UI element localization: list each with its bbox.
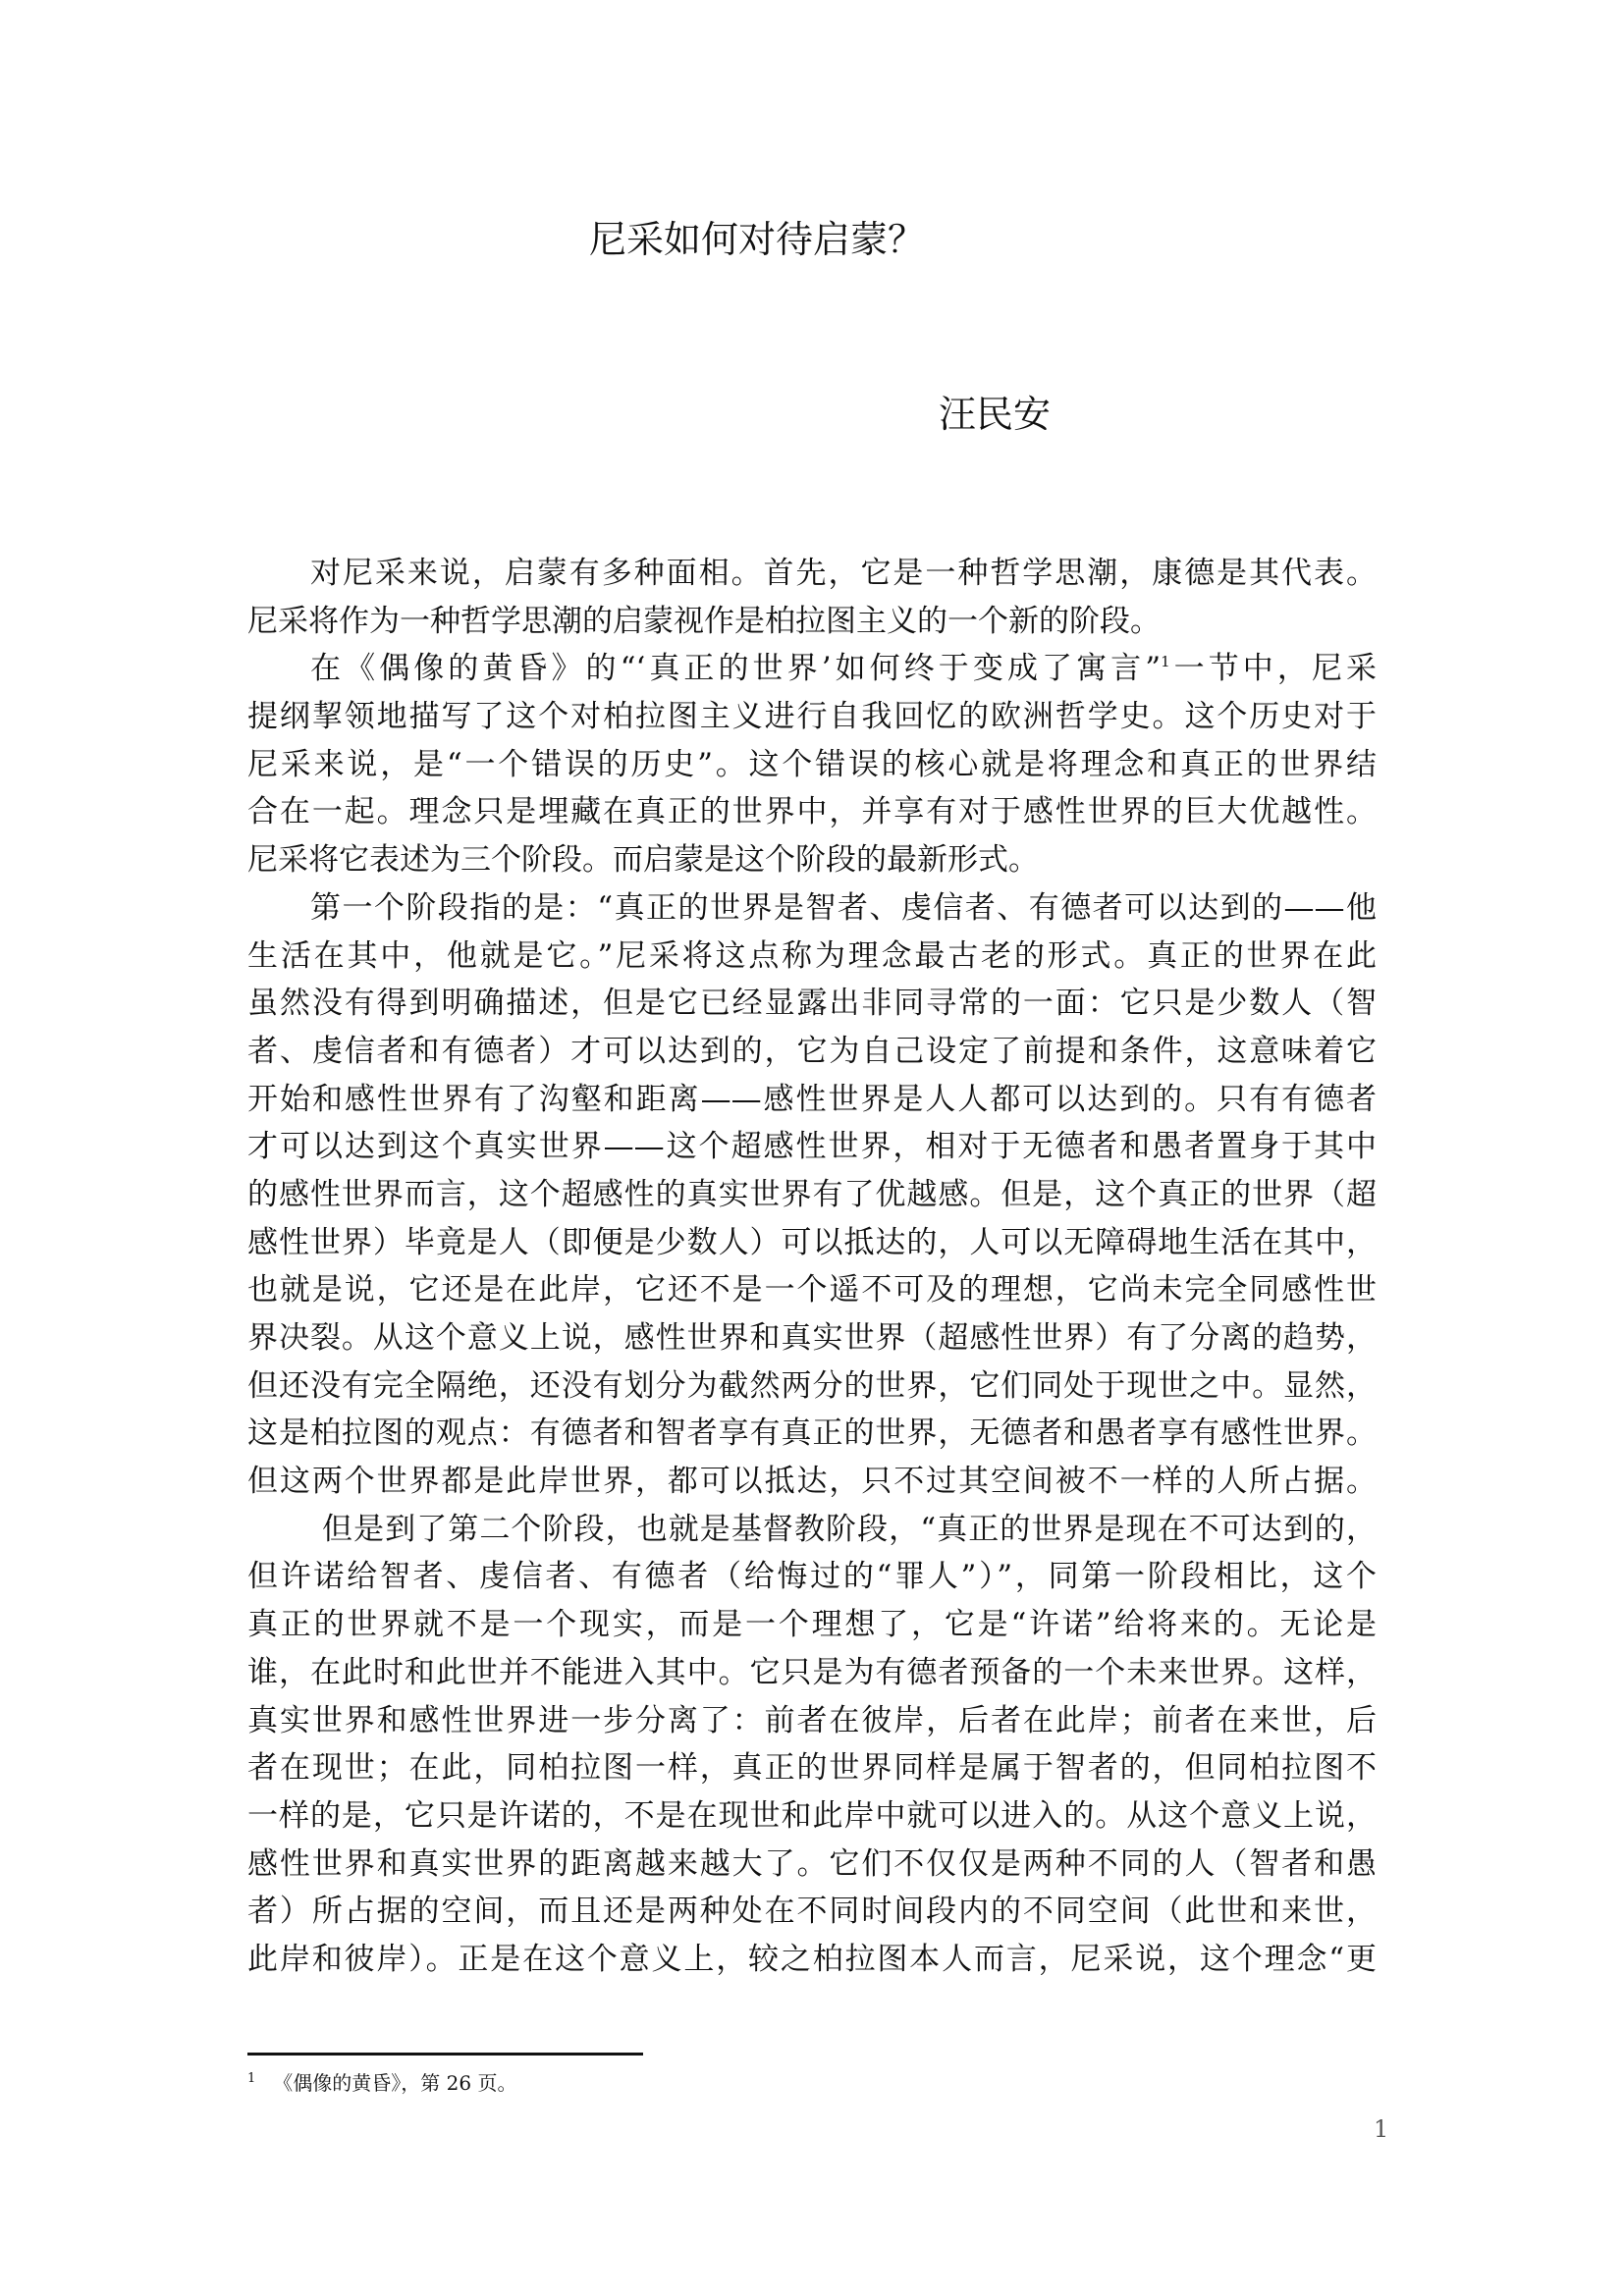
text-line: 一样的是，它只是许诺的，不是在现世和此岸中就可以进入的。从这个意义上说， bbox=[247, 1792, 1377, 1841]
text-line: 生活在其中，他就是它。”尼采将这点称为理念最古老的形式。真正的世界在此 bbox=[247, 933, 1377, 981]
document-page: 尼采如何对待启蒙？ 汪民安 对尼采来说，启蒙有多种面相。首先，它是一种哲学思潮，… bbox=[0, 0, 1623, 2296]
text-line: 感性世界和真实世界的距离越来越大了。它们不仅仅是两种不同的人（智者和愚 bbox=[247, 1841, 1377, 1889]
text-line: 提纲挈领地描写了这个对柏拉图主义进行自我回忆的欧洲哲学史。这个历史对于 bbox=[247, 693, 1377, 741]
text-line: 的感性世界而言，这个超感性的真实世界有了优越感。但是，这个真正的世界（超 bbox=[247, 1171, 1377, 1219]
text-line: 但许诺给智者、虔信者、有德者（给悔过的“罪人”）”，同第一阶段相比，这个 bbox=[247, 1553, 1377, 1601]
text-line: 者、虔信者和有德者）才可以达到的，它为自己设定了前提和条件，这意味着它 bbox=[247, 1028, 1377, 1076]
text-line: 在《偶像的黄昏》的“‘真正的世界’如何终于变成了寓言”1一节中，尼采 bbox=[247, 645, 1377, 693]
body-text: 对尼采来说，启蒙有多种面相。首先，它是一种哲学思潮，康德是其代表。尼采将作为一种… bbox=[247, 550, 1377, 1984]
text-line: 尼采将它表述为三个阶段。而启蒙是这个阶段的最新形式。 bbox=[247, 836, 1377, 884]
text-line: 者）所占据的空间，而且还是两种处在不同时间段内的不同空间（此世和来世， bbox=[247, 1888, 1377, 1936]
text-line: 此岸和彼岸）。正是在这个意义上，较之柏拉图本人而言，尼采说，这个理念“更 bbox=[247, 1936, 1377, 1984]
footnote: 1《偶像的黄昏》，第 26 页。 bbox=[247, 2065, 516, 2097]
text-line: 尼采将作为一种哲学思潮的启蒙视作是柏拉图主义的一个新的阶段。 bbox=[247, 598, 1377, 646]
text-line: 感性世界）毕竟是人（即便是少数人）可以抵达的，人可以无障碍地生活在其中， bbox=[247, 1219, 1377, 1267]
text-line: 第一个阶段指的是：“真正的世界是智者、虔信者、有德者可以达到的——他 bbox=[247, 884, 1377, 933]
text-line: 谁，在此时和此世并不能进入其中。它只是为有德者预备的一个未来世界。这样， bbox=[247, 1649, 1377, 1697]
text-line: 才可以达到这个真实世界——这个超感性世界，相对于无德者和愚者置身于其中 bbox=[247, 1123, 1377, 1171]
document-title: 尼采如何对待启蒙？ bbox=[589, 218, 925, 261]
text-line: 合在一起。理念只是埋藏在真正的世界中，并享有对于感性世界的巨大优越性。 bbox=[247, 788, 1377, 836]
text-line: 界决裂。从这个意义上说，感性世界和真实世界（超感性世界）有了分离的趋势， bbox=[247, 1314, 1377, 1362]
text-line: 真正的世界就不是一个现实，而是一个理想了，它是“许诺”给将来的。无论是 bbox=[247, 1601, 1377, 1649]
text-segment: 在《偶像的黄昏》的“‘真正的世界’如何终于变成了寓言” bbox=[310, 651, 1161, 686]
text-line: 这是柏拉图的观点：有德者和智者享有真正的世界，无德者和愚者享有感性世界。 bbox=[247, 1410, 1377, 1458]
author-name: 汪民安 bbox=[939, 393, 1051, 436]
text-line: 对尼采来说，启蒙有多种面相。首先，它是一种哲学思潮，康德是其代表。 bbox=[247, 550, 1377, 598]
text-line: 开始和感性世界有了沟壑和距离——感性世界是人人都可以达到的。只有有德者 bbox=[247, 1076, 1377, 1124]
text-line: 也就是说，它还是在此岸，它还不是一个遥不可及的理想，它尚未完全同感性世 bbox=[247, 1266, 1377, 1314]
footnote-text: 《偶像的黄昏》，第 26 页。 bbox=[273, 2071, 516, 2095]
text-line: 但这两个世界都是此岸世界，都可以抵达，只不过其空间被不一样的人所占据。 bbox=[247, 1458, 1377, 1506]
footnote-reference[interactable]: 1 bbox=[1161, 653, 1170, 670]
footnote-divider bbox=[247, 2053, 643, 2056]
page-number: 1 bbox=[1374, 2115, 1388, 2143]
text-line: 真实世界和感性世界进一步分离了：前者在彼岸，后者在此岸；前者在来世，后 bbox=[247, 1697, 1377, 1745]
text-line: 者在现世；在此，同柏拉图一样，真正的世界同样是属于智者的，但同柏拉图不 bbox=[247, 1744, 1377, 1792]
text-segment: 一节中，尼采 bbox=[1170, 651, 1377, 686]
footnote-number: 1 bbox=[247, 2071, 255, 2086]
text-line: 尼采来说，是“一个错误的历史”。这个错误的核心就是将理念和真正的世界结 bbox=[247, 741, 1377, 789]
text-line: 但还没有完全隔绝，还没有划分为截然两分的世界，它们同处于现世之中。显然， bbox=[247, 1362, 1377, 1411]
text-line: 但是到了第二个阶段，也就是基督教阶段，“真正的世界是现在不可达到的， bbox=[247, 1506, 1377, 1554]
text-line: 虽然没有得到明确描述，但是它已经显露出非同寻常的一面：它只是少数人（智 bbox=[247, 980, 1377, 1028]
